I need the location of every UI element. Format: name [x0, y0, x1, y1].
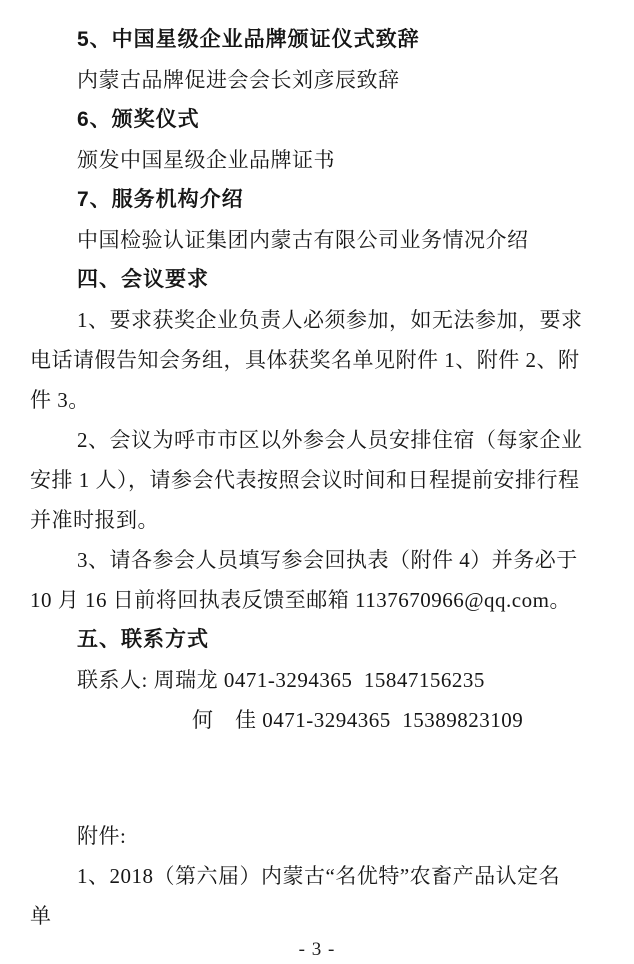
requirement-2-line-3: 并准时报到。 — [30, 500, 604, 540]
attachment-1-line-2: 单 — [30, 896, 604, 936]
agenda-item-7-heading: 7、服务机构介绍 — [30, 180, 604, 220]
document-content: 5、中国星级企业品牌颁证仪式致辞 内蒙古品牌促进会会长刘彦辰致辞 6、颁奖仪式 … — [0, 0, 634, 936]
section-4-heading: 四、会议要求 — [30, 260, 604, 300]
contact-line-2: 何 佳 0471-3294365 15389823109 — [30, 700, 604, 740]
attachments-label: 附件: — [30, 816, 604, 856]
agenda-item-7-detail: 中国检验认证集团内蒙古有限公司业务情况介绍 — [30, 220, 604, 260]
section-5-heading: 五、联系方式 — [30, 620, 604, 660]
requirement-1-line-2: 电话请假告知会务组，具体获奖名单见附件 1、附件 2、附 — [30, 340, 604, 380]
requirement-1-line-3: 件 3。 — [30, 380, 604, 420]
requirement-1-line-1: 1、要求获奖企业负责人必须参加，如无法参加，要求 — [30, 300, 604, 340]
attachment-1-line-1: 1、2018（第六届）内蒙古“名优特”农畜产品认定名 — [30, 856, 604, 896]
requirement-3-line-1: 3、请各参会人员填写参会回执表（附件 4）并务必于 — [30, 540, 604, 580]
page-number: - 3 - — [0, 936, 634, 964]
contact-line-1: 联系人: 周瑞龙 0471-3294365 15847156235 — [30, 660, 604, 700]
agenda-item-5-detail: 内蒙古品牌促进会会长刘彦辰致辞 — [30, 60, 604, 100]
agenda-item-6-detail: 颁发中国星级企业品牌证书 — [30, 140, 604, 180]
requirement-2-line-2: 安排 1 人），请参会代表按照会议时间和日程提前安排行程 — [30, 460, 604, 500]
agenda-item-5-heading: 5、中国星级企业品牌颁证仪式致辞 — [30, 20, 604, 60]
agenda-item-6-heading: 6、颁奖仪式 — [30, 100, 604, 140]
blank-gap — [30, 740, 604, 816]
requirement-3-line-2: 10 月 16 日前将回执表反馈至邮箱 1137670966@qq.com。 — [30, 580, 604, 620]
document-page: 5、中国星级企业品牌颁证仪式致辞 内蒙古品牌促进会会长刘彦辰致辞 6、颁奖仪式 … — [0, 0, 634, 964]
requirement-2-line-1: 2、会议为呼市市区以外参会人员安排住宿（每家企业 — [30, 420, 604, 460]
